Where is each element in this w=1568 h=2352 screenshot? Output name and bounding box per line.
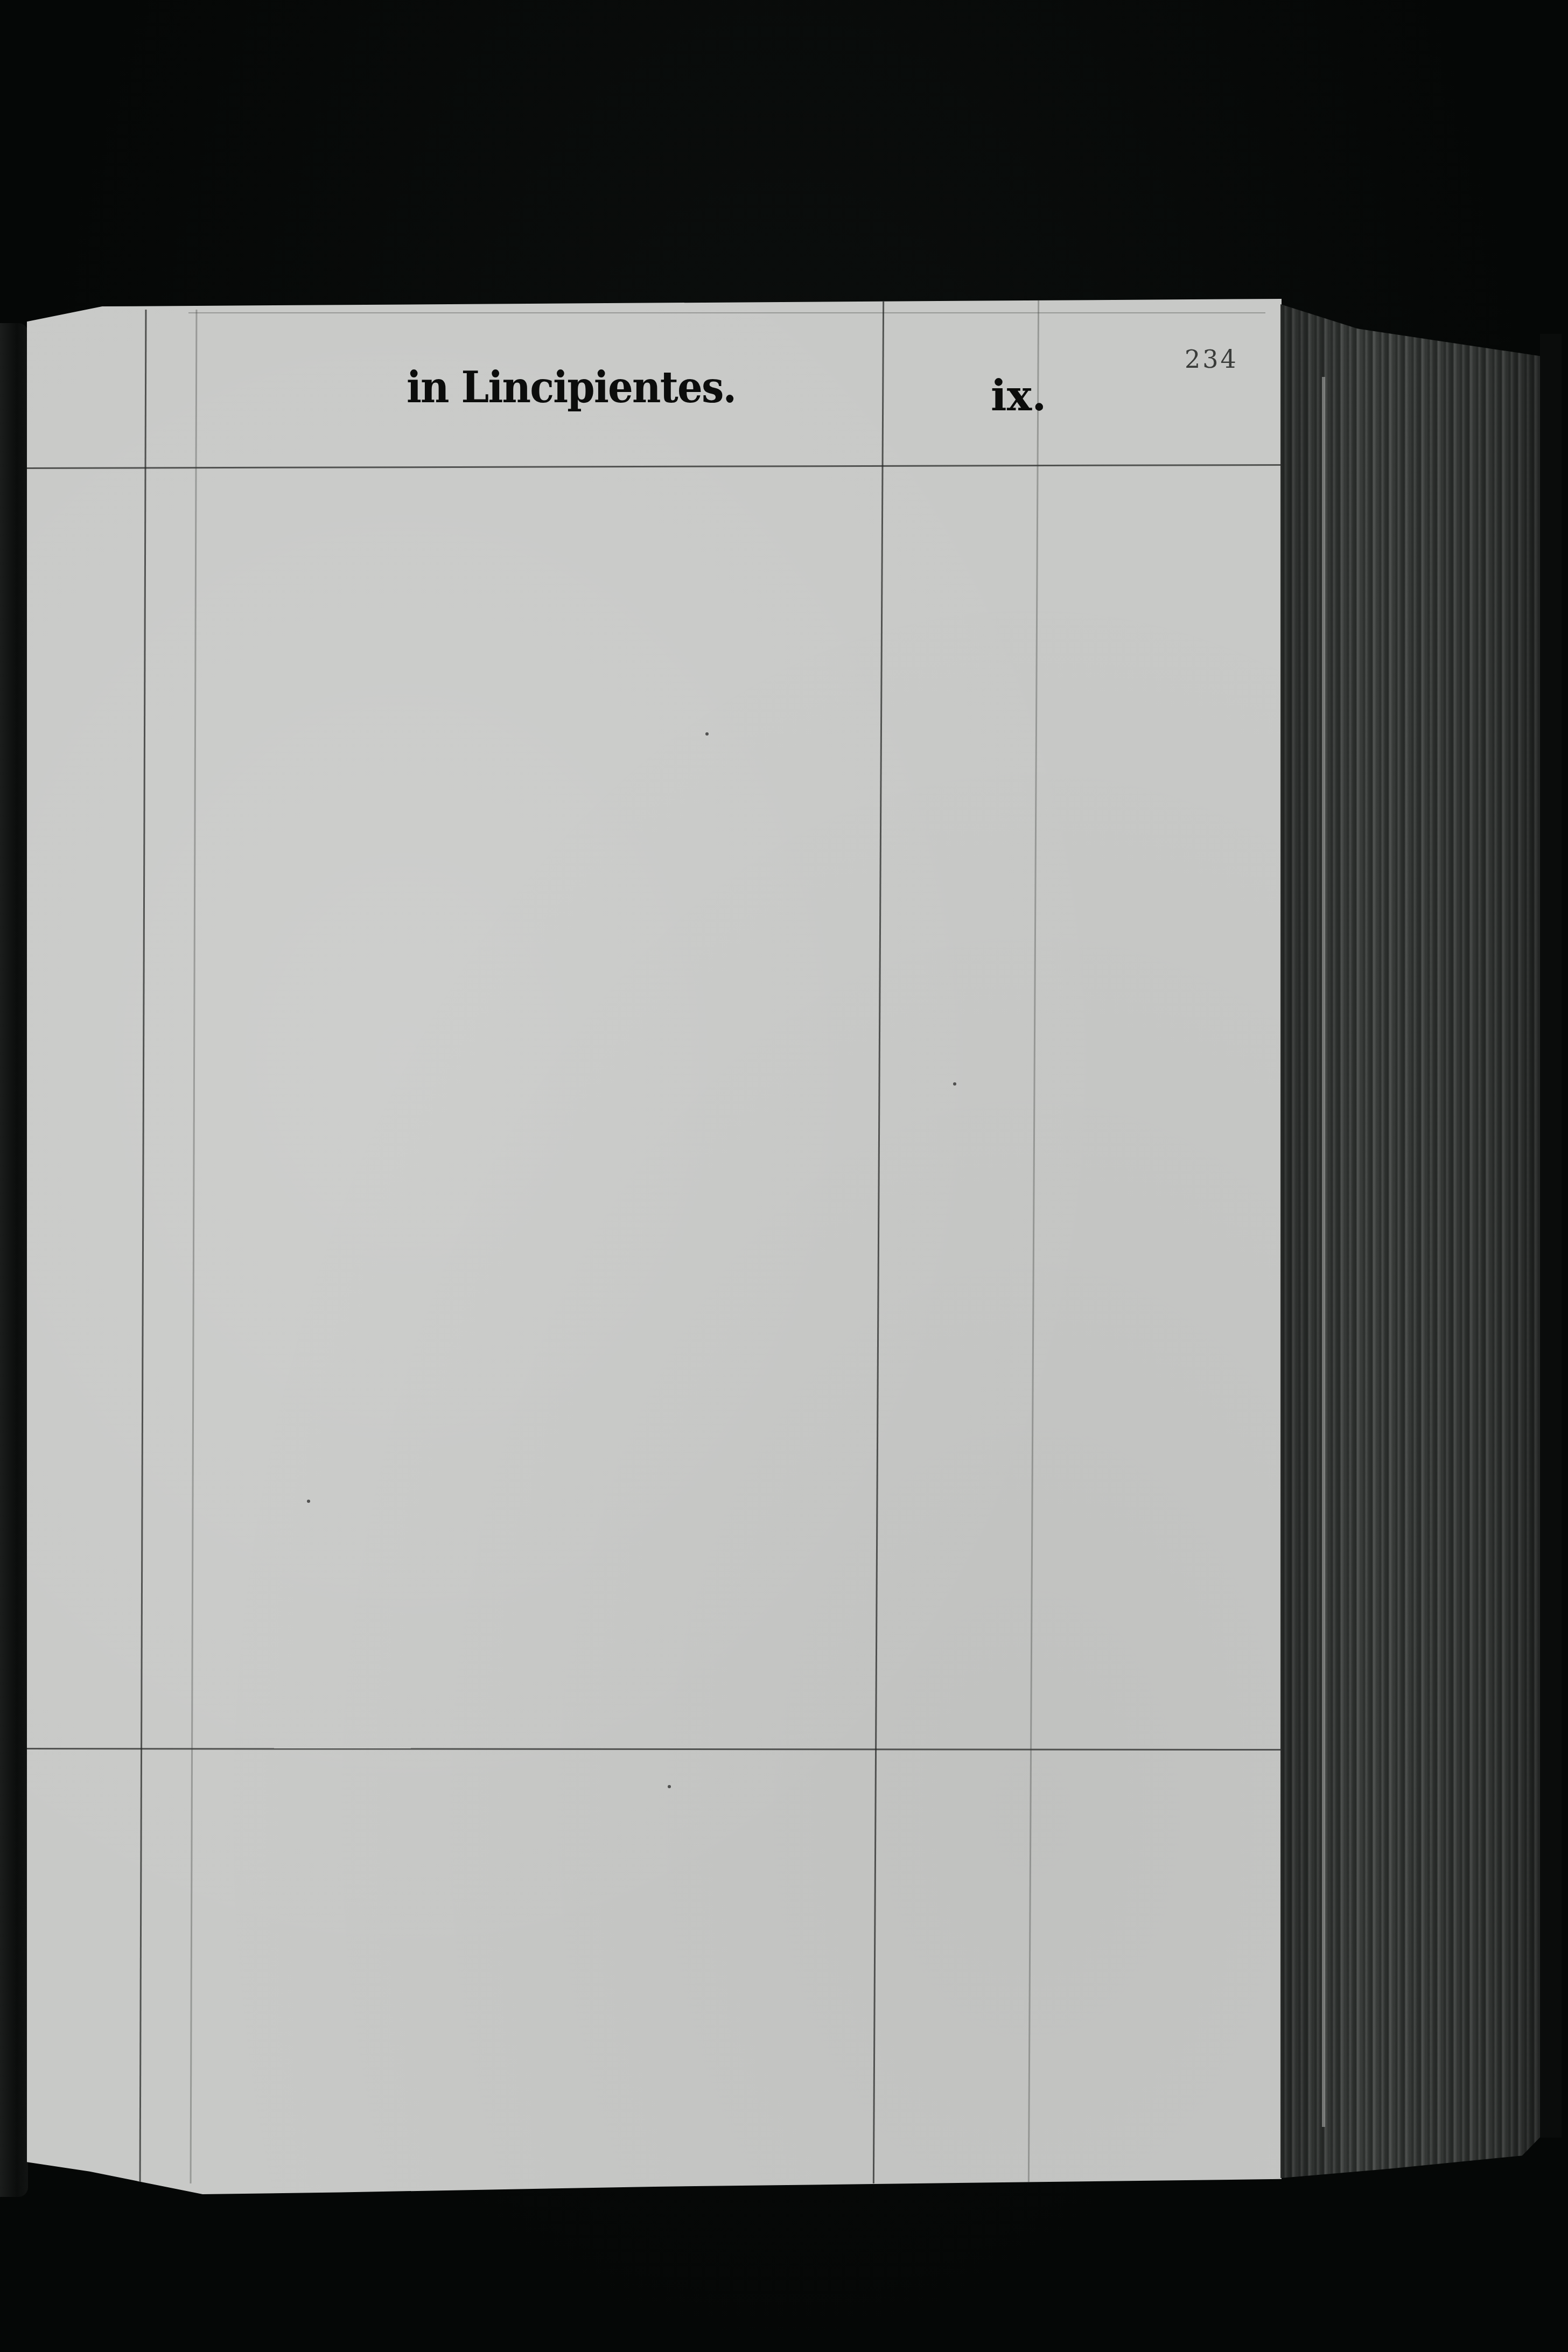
fore-edge-highlight [1322,377,1325,2127]
ink-speck [668,1785,671,1788]
margin-rule-2 [190,310,198,2183]
column-rule-1 [873,299,884,2183]
facing-page-edge [0,323,28,2197]
top-header-rule [188,312,1265,313]
cover-board-edge [1540,334,1562,2138]
header-rule [27,464,1282,469]
manuscript-page [27,299,1282,2194]
ink-speck [953,1082,956,1086]
margin-rule-1 [139,310,147,2183]
ink-speck [307,1500,310,1503]
running-title: in Lincipientes. [407,362,736,412]
lower-rule [27,1748,1282,1751]
column-rule-2 [1028,299,1039,2183]
folio-number: 234 [1185,345,1238,374]
chapter-numeral: ix. [991,372,1046,421]
ink-speck [705,732,709,736]
